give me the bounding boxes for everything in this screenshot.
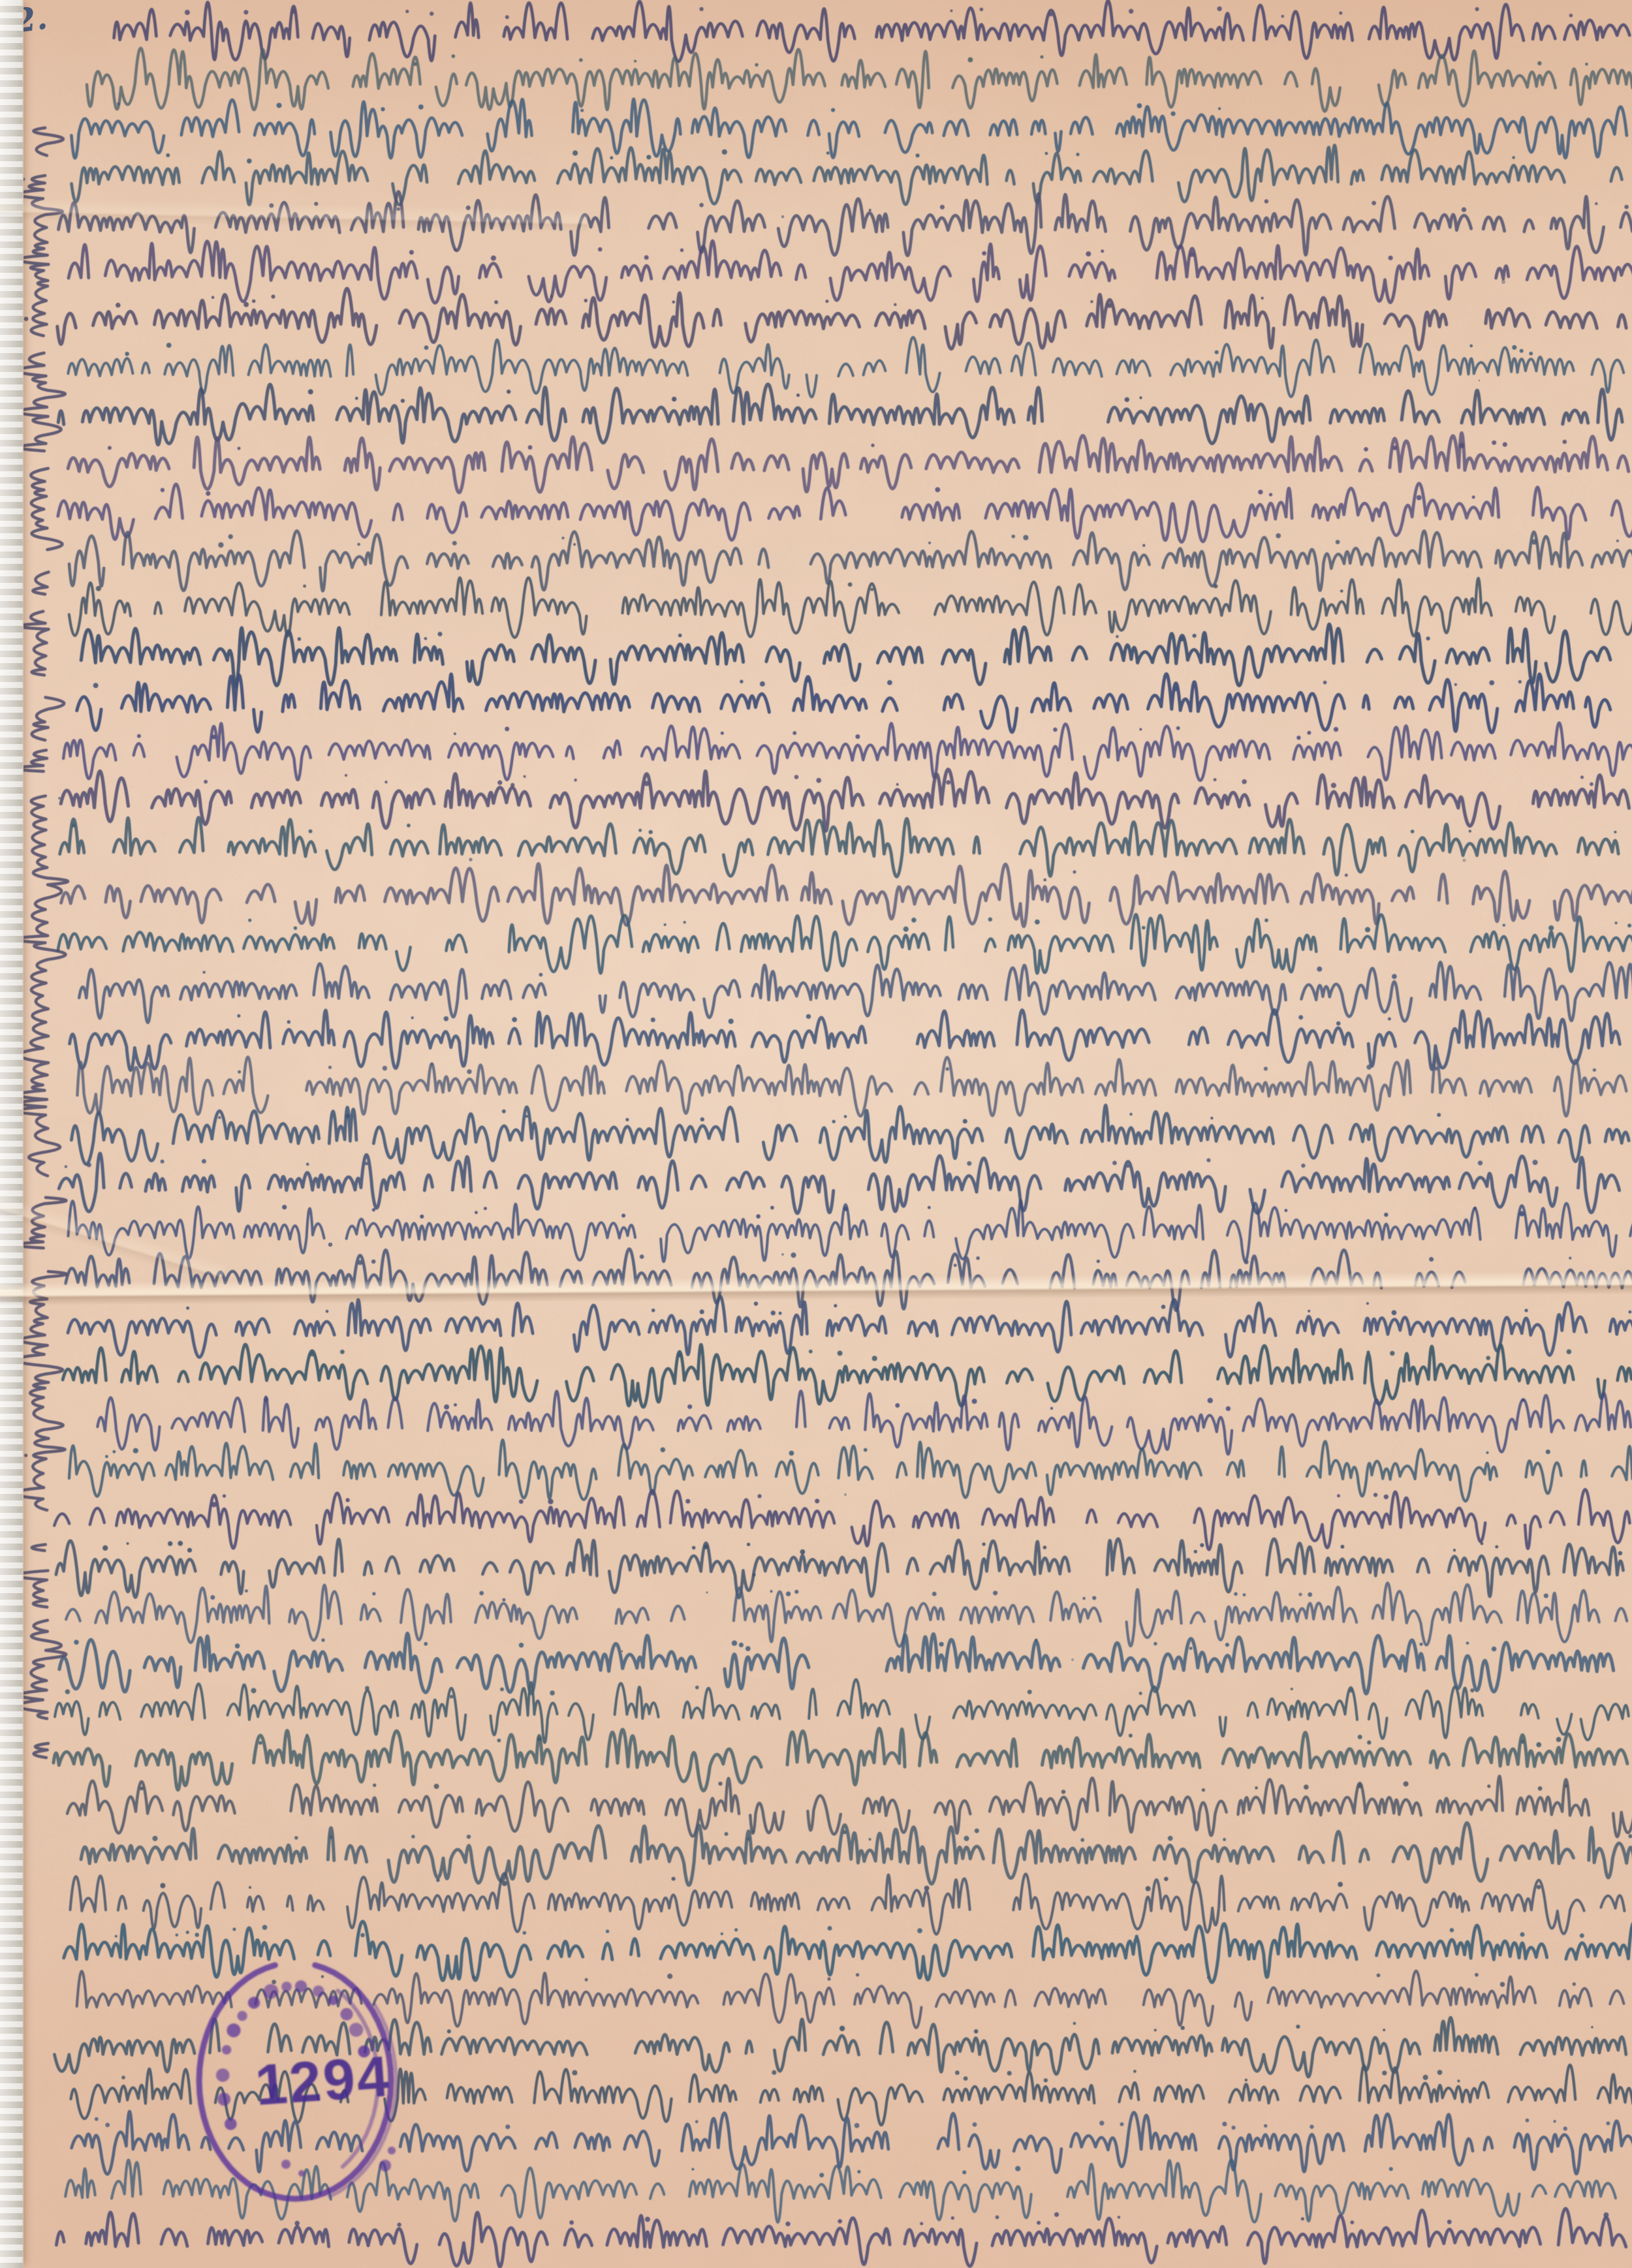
stamp-number: 1294 [253,2043,393,2117]
handwriting-svg: 1294 [0,0,1632,2268]
letter-page: 1294 2. [0,0,1632,2268]
torn-left-edge [0,0,24,2268]
